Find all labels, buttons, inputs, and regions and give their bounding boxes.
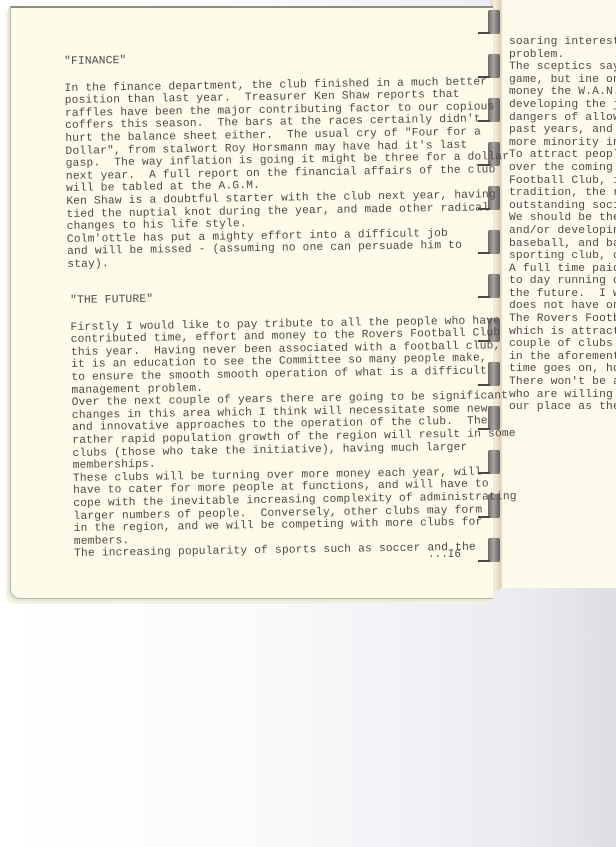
right-page-line: outstanding soci bbox=[509, 200, 616, 213]
right-page-line: game, but ine on bbox=[509, 74, 616, 87]
right-page-line: couple of clubs bbox=[509, 338, 616, 351]
right-page-line: A full time paid bbox=[509, 263, 616, 276]
right-page-line: To attract peopl bbox=[509, 149, 616, 162]
right-page-line: soaring interest bbox=[509, 36, 616, 49]
right-page-line: developing the j bbox=[509, 99, 616, 112]
right-page-line: money the W.A.N. bbox=[509, 86, 616, 99]
right-page-line: and/or developin bbox=[509, 225, 616, 238]
right-page-body: soaring interestproblem.The sceptics say… bbox=[509, 36, 616, 414]
right-page-line: Football Club, i bbox=[509, 175, 616, 188]
right-page-line: The Rovers Footb bbox=[509, 313, 616, 326]
right-page-line: which is attract bbox=[509, 326, 616, 339]
binding-ring bbox=[488, 10, 500, 34]
right-page-line: the future. I w bbox=[509, 288, 616, 301]
page-continuation-marker: ...I6 bbox=[428, 549, 461, 561]
finance-section: "FINANCE" In the finance department, the… bbox=[64, 49, 511, 271]
right-page-line: more minority in bbox=[509, 137, 616, 150]
right-page-line: The sceptics say bbox=[509, 61, 616, 74]
right-page-line: dangers of allow bbox=[509, 112, 616, 125]
right-page-line: over the coming bbox=[509, 162, 616, 175]
future-body: Firstly I would like to pay tribute to a… bbox=[70, 315, 517, 561]
right-page-line: our place as the bbox=[509, 401, 616, 414]
right-page-line: time goes on, ho bbox=[509, 363, 616, 376]
right-page-line: tradition, the r bbox=[509, 187, 616, 200]
right-page-line: problem. bbox=[509, 49, 616, 62]
right-page-line: sporting club, c bbox=[509, 250, 616, 263]
right-page-line: does not have on bbox=[509, 300, 616, 313]
right-page-line: in the aforement bbox=[509, 351, 616, 364]
right-page-line: past years, and bbox=[509, 124, 616, 137]
finance-body: In the finance department, the club fini… bbox=[64, 76, 510, 272]
right-page-line: We should be the bbox=[509, 212, 616, 225]
future-section: "THE FUTURE" Firstly I would like to pay… bbox=[70, 288, 518, 561]
right-page-line: who are willing bbox=[509, 389, 616, 402]
right-page-line: to day running c bbox=[509, 275, 616, 288]
right-page-line: baseball, and ba bbox=[509, 238, 616, 251]
right-page-line: There won't be a bbox=[509, 376, 616, 389]
